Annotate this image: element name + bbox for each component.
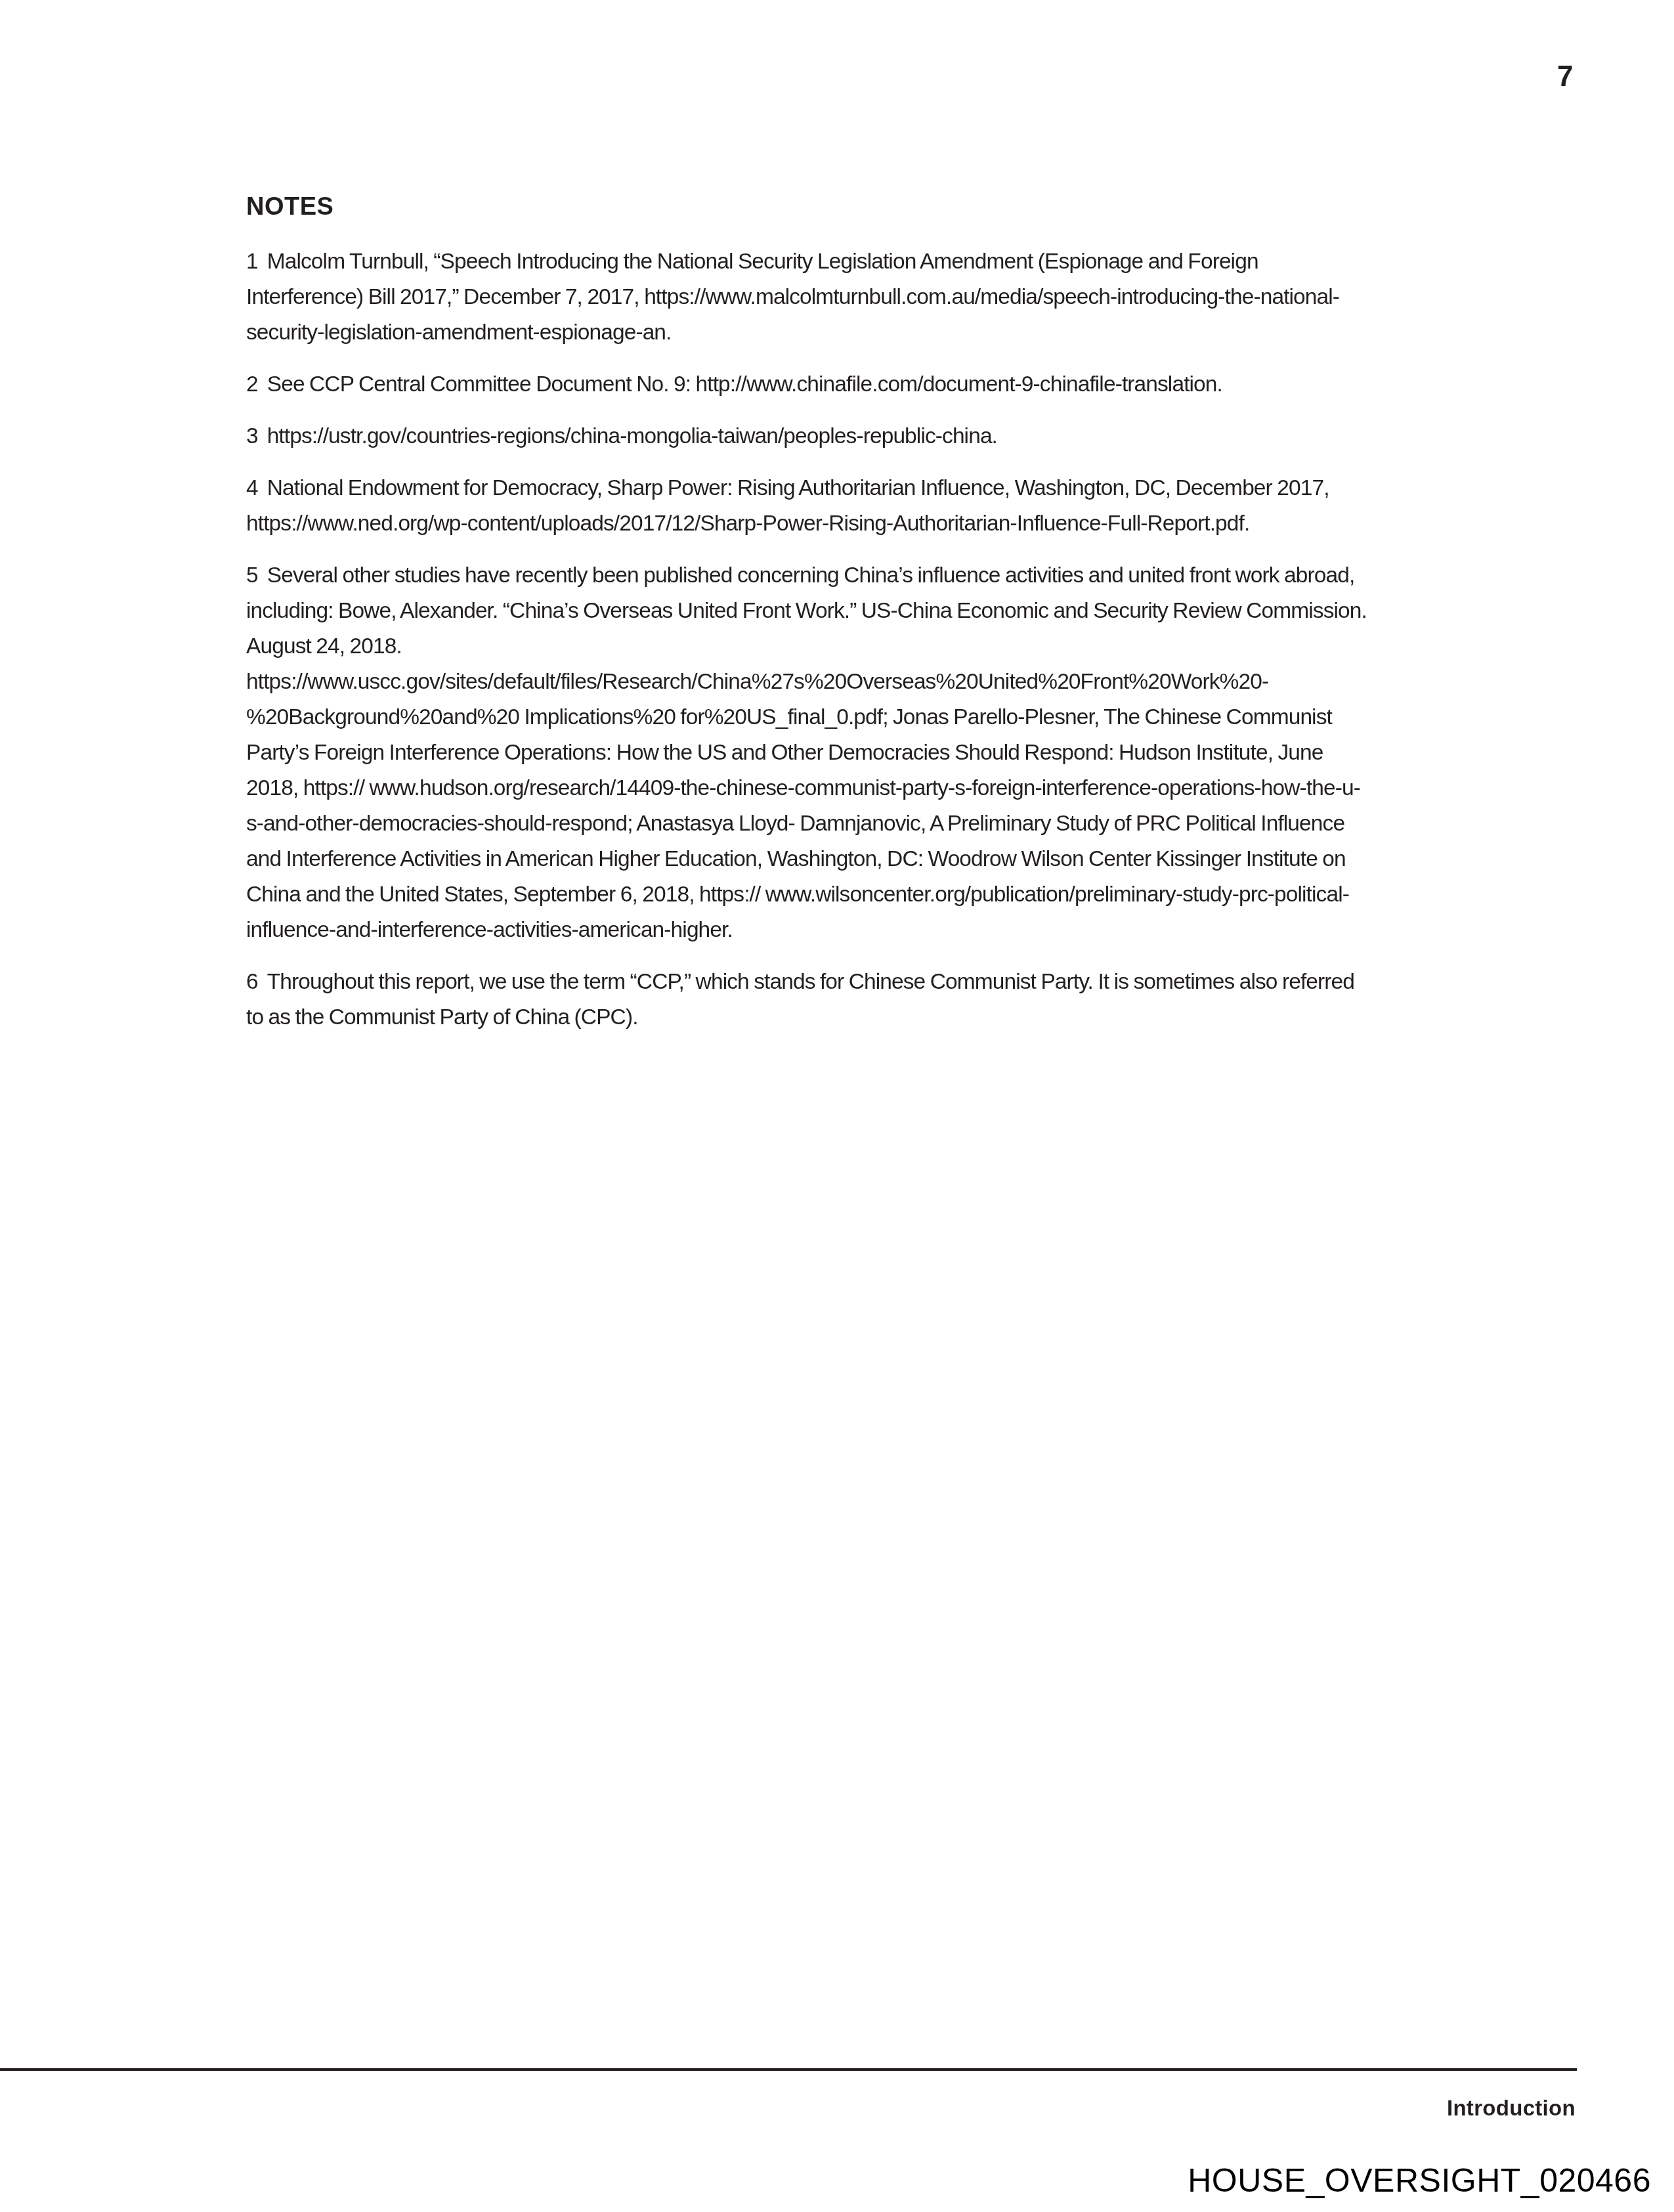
note-2: 2See CCP Central Committee Document No. … <box>246 367 1375 402</box>
note-number: 2 <box>246 367 258 402</box>
notes-heading: NOTES <box>246 189 1375 225</box>
note-number: 5 <box>246 558 258 594</box>
note-number: 1 <box>246 244 258 280</box>
note-1: 1Malcolm Turnbull, “Speech Introducing t… <box>246 244 1375 351</box>
note-text: See CCP Central Committee Document No. 9… <box>267 372 1222 397</box>
note-text: Throughout this report, we use the term … <box>246 970 1354 1030</box>
note-6: 6Throughout this report, we use the term… <box>246 965 1375 1035</box>
note-text: Several other studies have recently been… <box>246 563 1367 942</box>
footer-section-title: Introduction <box>1447 2096 1576 2121</box>
notes-section: NOTES 1Malcolm Turnbull, “Speech Introdu… <box>246 189 1375 1052</box>
note-number: 3 <box>246 419 258 454</box>
bates-stamp: HOUSE_OVERSIGHT_020466 <box>1188 2161 1651 2200</box>
footer-divider <box>0 2068 1577 2071</box>
note-text: Malcolm Turnbull, “Speech Introducing th… <box>246 249 1339 345</box>
note-number: 4 <box>246 471 258 506</box>
note-text: https://ustr.gov/countries-regions/china… <box>267 424 997 448</box>
note-number: 6 <box>246 965 258 1000</box>
note-text: National Endowment for Democracy, Sharp … <box>246 476 1329 536</box>
note-3: 3https://ustr.gov/countries-regions/chin… <box>246 419 1375 454</box>
page-number: 7 <box>1557 60 1573 93</box>
note-4: 4National Endowment for Democracy, Sharp… <box>246 471 1375 542</box>
note-5: 5Several other studies have recently bee… <box>246 558 1375 948</box>
